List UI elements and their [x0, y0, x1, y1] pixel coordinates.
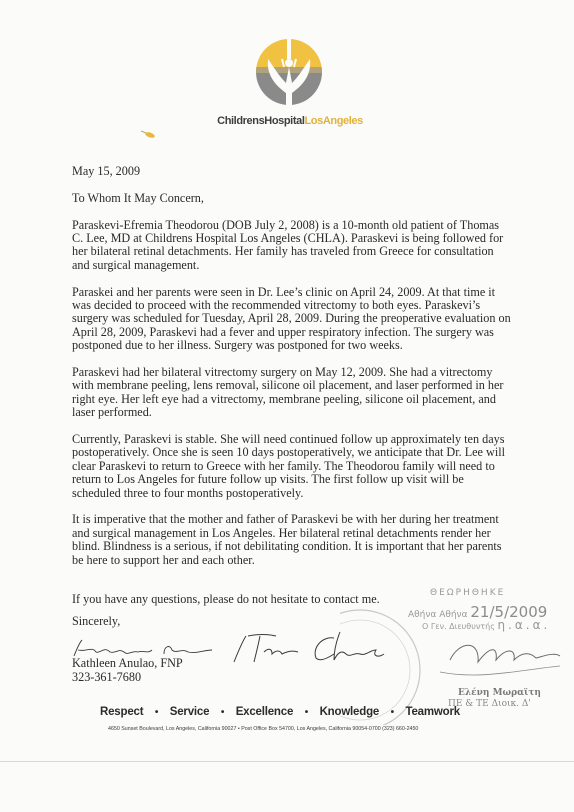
hospital-address: 4650 Sunset Boulevard, Los Angeles, Cali… [108, 726, 448, 732]
hospital-values: Respect • Service • Excellence • Knowled… [100, 706, 460, 718]
paper-fold-line [0, 761, 574, 762]
letter-date: May 15, 2009 [72, 165, 512, 178]
separator-dot: • [391, 707, 394, 718]
salutation: To Whom It May Concern, [72, 192, 512, 205]
paragraph-surgery: Paraskevi had her bilateral vitrectomy s… [72, 366, 512, 420]
letter-page: ChildrensHospitalLosAngeles May 15, 2009… [0, 0, 574, 812]
signer-phone: 323-361-7680 [72, 670, 141, 685]
separator-dot: • [305, 707, 308, 718]
stamp-certified-label: ΘΕΩΡΗΘΗΚΕ [430, 588, 505, 598]
stamp-official-title: ΠΕ & ΤΕ Διοικ. Δ' [448, 699, 531, 709]
separator-dot: • [221, 707, 224, 718]
hospital-logo [244, 37, 334, 107]
value-excellence: Excellence [236, 706, 293, 718]
paragraph-followup: Currently, Paraskevi is stable. She will… [72, 433, 512, 500]
closing-question: If you have any questions, please do not… [72, 592, 380, 607]
letter-body: May 15, 2009 To Whom It May Concern, Par… [72, 165, 512, 580]
hospital-name-city: LosAngeles [304, 115, 362, 127]
hands-logo-icon [244, 37, 334, 107]
paragraph-parents: It is imperative that the mother and fat… [72, 513, 512, 567]
paragraph-intro: Paraskevi-Efremia Theodorou (DOB July 2,… [72, 219, 512, 273]
smudge-mark-icon [140, 130, 156, 138]
stamp-official-name: Ελένη Μωραϊτη [458, 688, 541, 698]
separator-dot: • [155, 707, 158, 718]
value-service: Service [170, 706, 210, 718]
stamp-initials: η.α.α. [497, 618, 550, 632]
value-respect: Respect [100, 706, 143, 718]
value-knowledge: Knowledge [320, 706, 380, 718]
paragraph-clinic-visit: Paraskei and her parents were seen in Dr… [72, 286, 512, 353]
signer-name: Kathleen Anulao, FNP [72, 656, 183, 671]
stamp-authority-line: Ο Γεν. Διευθυντής η.α.α. [422, 618, 550, 632]
stamp-authority: Ο Γεν. Διευθυντής [422, 622, 495, 631]
value-teamwork: Teamwork [406, 706, 460, 718]
hospital-name-main: ChildrensHospital [217, 115, 304, 127]
closing: Sincerely, [72, 614, 120, 629]
hospital-name: ChildrensHospitalLosAngeles [200, 115, 380, 127]
